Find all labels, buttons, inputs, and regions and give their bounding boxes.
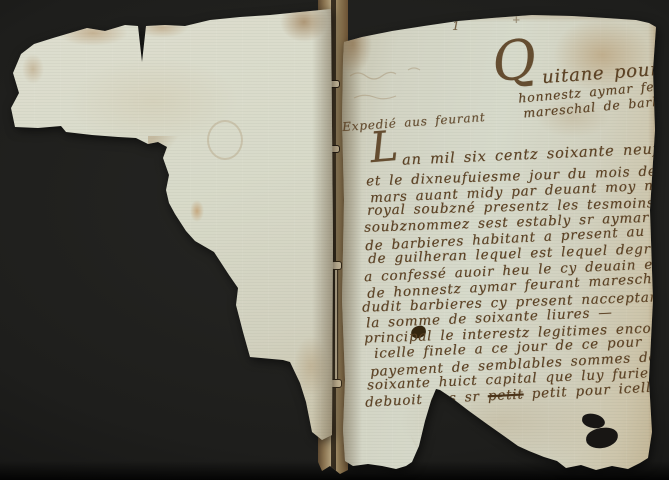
page-number: 1: [452, 20, 460, 32]
stain: [68, 56, 238, 146]
stain: [136, 18, 188, 38]
torn-edge-browning: [148, 136, 298, 366]
stain: [58, 20, 128, 46]
torn-hole: [581, 412, 606, 429]
cross-mark: +: [512, 16, 521, 26]
gutter-shadow: [312, 6, 338, 451]
stain: [22, 54, 44, 84]
archive-photograph: 1 + Q uitane pour — honnestz aymar feura…: [0, 0, 669, 480]
left-page-paper: [8, 6, 338, 451]
torn-hole: [585, 426, 619, 449]
header-initial: Q: [488, 31, 540, 91]
stain: [190, 200, 204, 222]
paper-texture: [8, 6, 338, 451]
edge-browning-top: [340, 12, 662, 22]
left-page-torn: [8, 6, 338, 451]
struck-word: petit: [487, 386, 524, 404]
ring-stain: [207, 120, 243, 160]
right-page-manuscript: 1 + Q uitane pour — honnestz aymar feura…: [340, 12, 662, 472]
body-initial: L: [368, 125, 400, 169]
right-page-paper: 1 + Q uitane pour — honnestz aymar feura…: [340, 12, 662, 472]
